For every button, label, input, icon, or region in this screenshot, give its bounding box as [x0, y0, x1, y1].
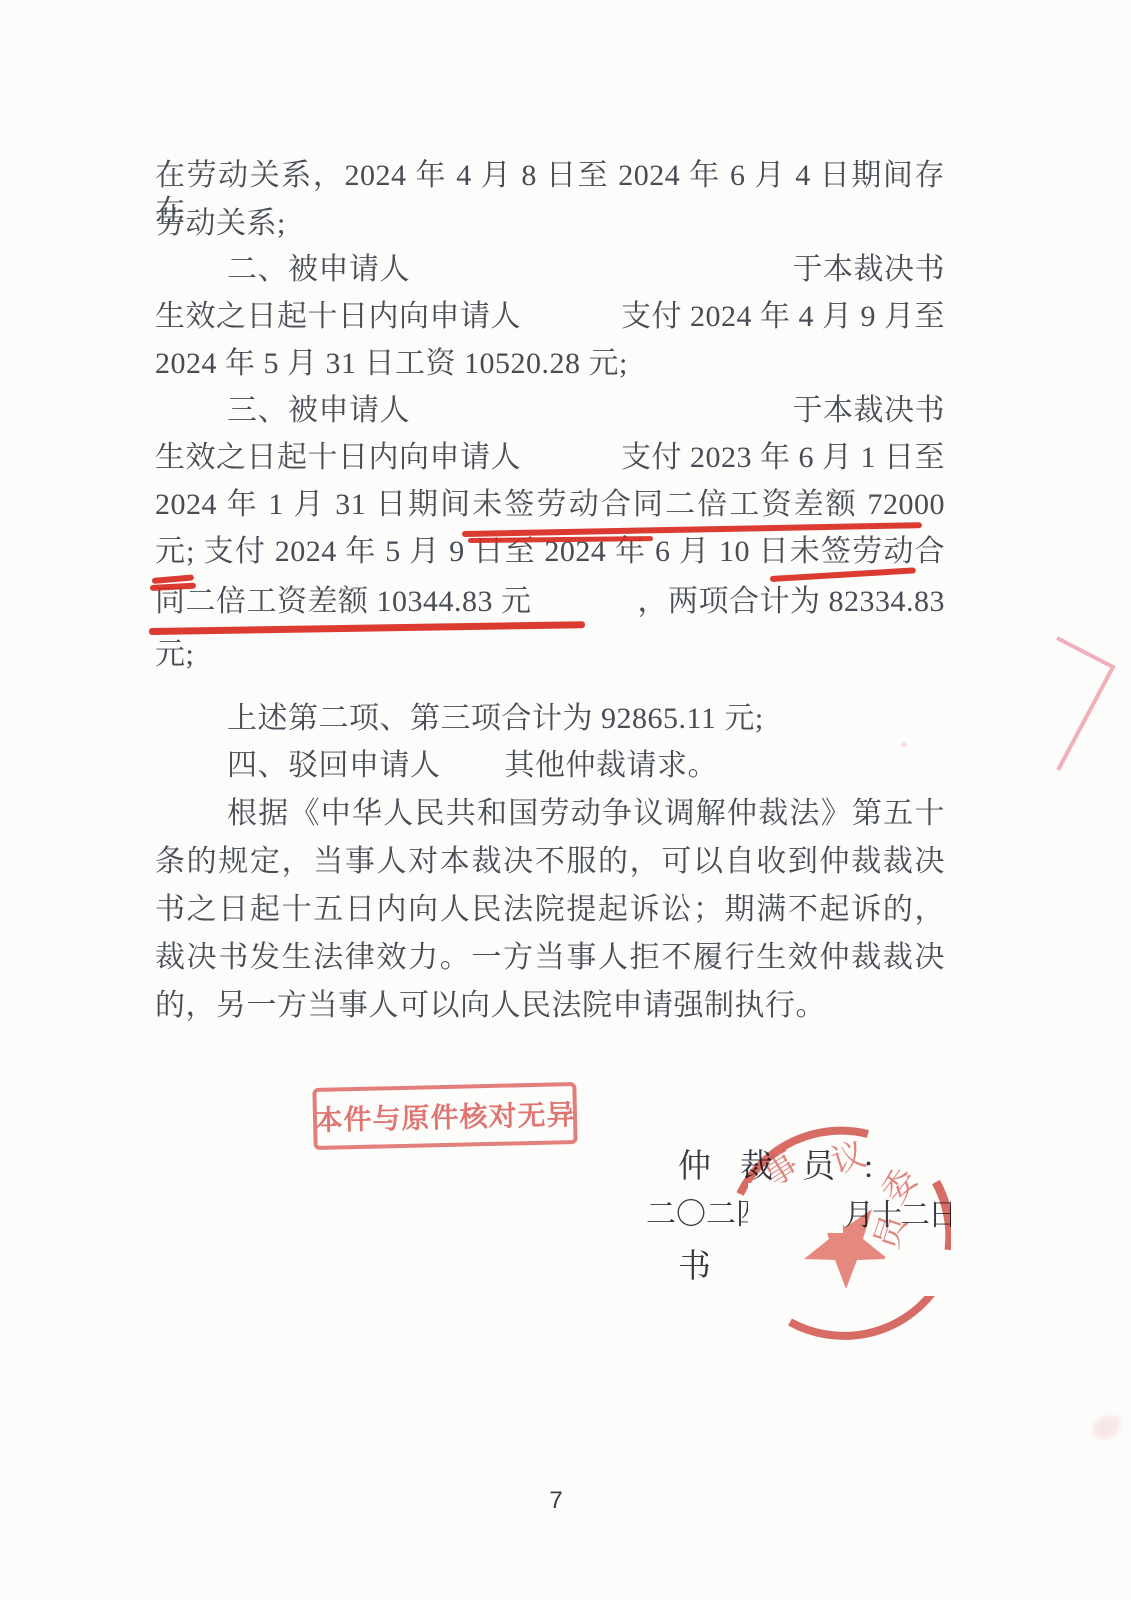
body-line: 生效之日起十日内向申请人支付 2024 年 4 月 9 月至	[155, 299, 945, 335]
pink-chevron-mark	[1040, 625, 1130, 780]
body-line: 根据《中华人民共和国劳动争议调解仲裁法》第五十	[155, 796, 945, 832]
body-line-left: 同二倍工资差额 10344.83 元	[155, 584, 532, 620]
seal-arc-bottom	[790, 1292, 933, 1336]
body-line: 四、驳回申请人其他仲裁请求。	[155, 748, 945, 784]
body-line: 二、被申请人于本裁决书	[155, 252, 945, 288]
body-line-left: 生效之日起十日内向申请人	[155, 299, 521, 335]
body-line-right: 其他仲裁请求。	[505, 748, 719, 784]
body-line: 元;	[155, 637, 945, 673]
verification-stamp: 本件与原件核对无异	[312, 1082, 577, 1150]
redaction-box	[748, 1183, 843, 1233]
seal-char: 员	[868, 1208, 915, 1255]
body-line-right: ，两项合计为 82334.83	[638, 584, 946, 620]
seal-char: 议	[827, 1136, 871, 1182]
red-underline-mark	[149, 621, 585, 635]
body-line: 2024 年 1 月 31 日期间未签劳动合同二倍工资差额 72000	[155, 487, 945, 523]
body-line-right: 支付 2024 年 4 月 9 月至	[621, 299, 945, 335]
document-page: 在劳动关系，2024 年 4 月 8 日至 2024 年 6 月 4 日期间存在…	[0, 0, 1131, 1600]
pink-speck	[901, 742, 907, 747]
body-line: 的，另一方当事人可以向人民法院申请强制执行。	[155, 988, 945, 1024]
redaction-box	[951, 1168, 1131, 1252]
body-line: 书之日起十五日内向人民法院提起诉讼；期满不起诉的，	[155, 892, 945, 928]
body-line-right: 支付 2023 年 6 月 1 日至	[621, 440, 945, 476]
redaction-box	[880, 1112, 1131, 1170]
body-line: 劳动关系;	[155, 206, 945, 242]
page-number: 7	[536, 1487, 576, 1515]
body-line-right: 于本裁决书	[793, 252, 946, 288]
body-line-left: 生效之日起十日内向申请人	[155, 440, 521, 476]
body-line: 同二倍工资差额 10344.83 元，两项合计为 82334.83	[155, 584, 945, 620]
body-line: 生效之日起十日内向申请人支付 2023 年 6 月 1 日至	[155, 440, 945, 476]
body-line: 上述第二项、第三项合计为 92865.11 元;	[155, 701, 945, 737]
body-line: 三、被申请人于本裁决书	[155, 393, 945, 429]
body-line: 裁决书发生法律效力。一方当事人拒不履行生效仲裁裁决	[155, 940, 945, 976]
body-line-left: 三、被申请人	[227, 393, 410, 429]
body-line: 2024 年 5 月 31 日工资 10520.28 元;	[155, 346, 945, 382]
body-line-left: 四、驳回申请人	[227, 748, 441, 784]
body-line-right: 于本裁决书	[793, 393, 946, 429]
pink-smudge	[1089, 1410, 1126, 1444]
seal-arc-right	[936, 1182, 950, 1250]
body-line: 条的规定，当事人对本裁决不服的，可以自收到仲裁裁决	[155, 844, 945, 880]
body-line-left: 二、被申请人	[227, 252, 410, 288]
redaction-box	[885, 1250, 1131, 1296]
